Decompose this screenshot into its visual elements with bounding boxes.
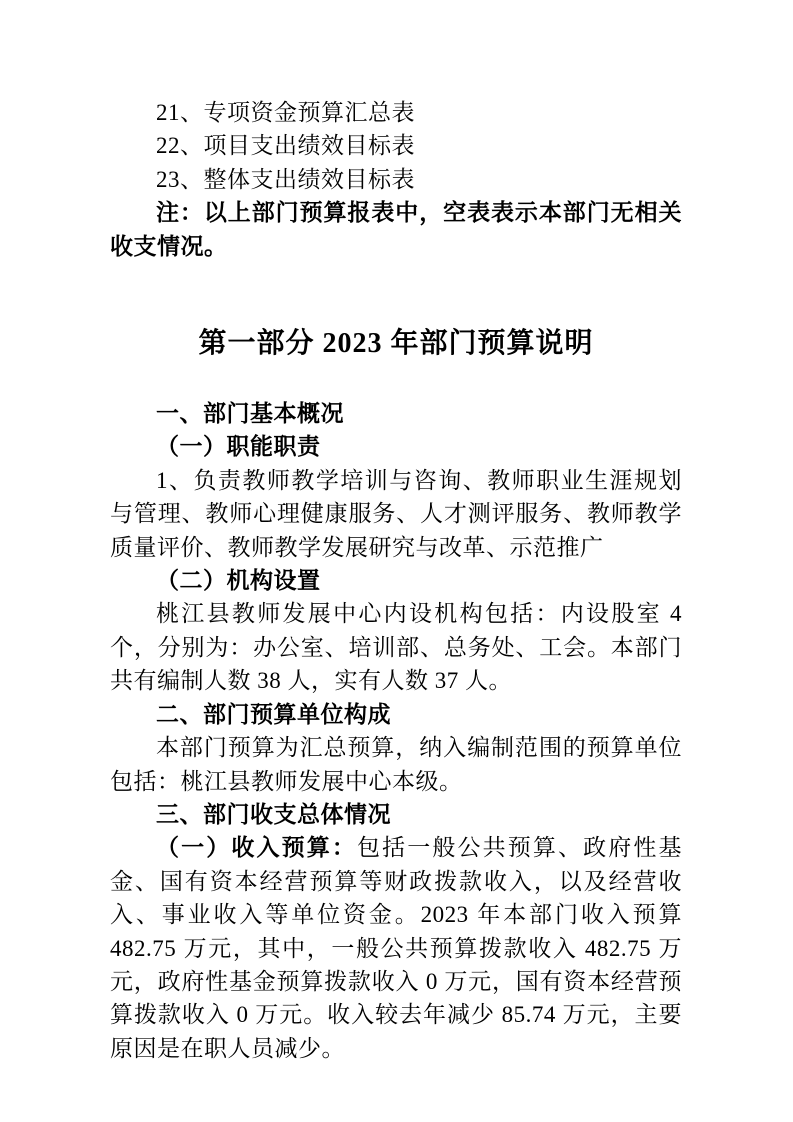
section-heading-1: 一、部门基本概况	[110, 397, 682, 430]
section-heading-2: 二、部门预算单位构成	[110, 698, 682, 731]
section-heading-3: 三、部门收支总体情况	[110, 798, 682, 831]
subsection-heading-1-1: （一）职能职责	[110, 430, 682, 463]
paragraph: 本部门预算为汇总预算，纳入编制范围的预算单位包括：桃江县教师发展中心本级。	[110, 731, 682, 798]
list-item: 23、整体支出绩效目标表	[110, 163, 682, 196]
list-item: 22、项目支出绩效目标表	[110, 129, 682, 162]
paragraph: 桃江县教师发展中心内设机构包括：内设股室 4 个，分别为：办公室、培训部、总务处…	[110, 597, 682, 697]
subsection-heading-1-2: （二）机构设置	[110, 564, 682, 597]
paragraph: （一）收入预算：包括一般公共预算、政府性基金、国有资本经营预算等财政拨款收入，以…	[110, 831, 682, 1065]
paragraph-lead: （一）收入预算：	[156, 835, 357, 860]
document-page: 21、专项资金预算汇总表 22、项目支出绩效目标表 23、整体支出绩效目标表 注…	[0, 0, 793, 1122]
list-item: 21、专项资金预算汇总表	[110, 96, 682, 129]
note-line: 注：以上部门预算报表中，空表表示本部门无相关收支情况。	[110, 196, 682, 263]
paragraph-text: 包括一般公共预算、政府性基金、国有资本经营预算等财政拨款收入，以及经营收入、事业…	[110, 835, 682, 1060]
part-title: 第一部分 2023 年部门预算说明	[110, 321, 682, 367]
paragraph: 1、负责教师教学培训与咨询、教师职业生涯规划与管理、教师心理健康服务、人才测评服…	[110, 464, 682, 564]
